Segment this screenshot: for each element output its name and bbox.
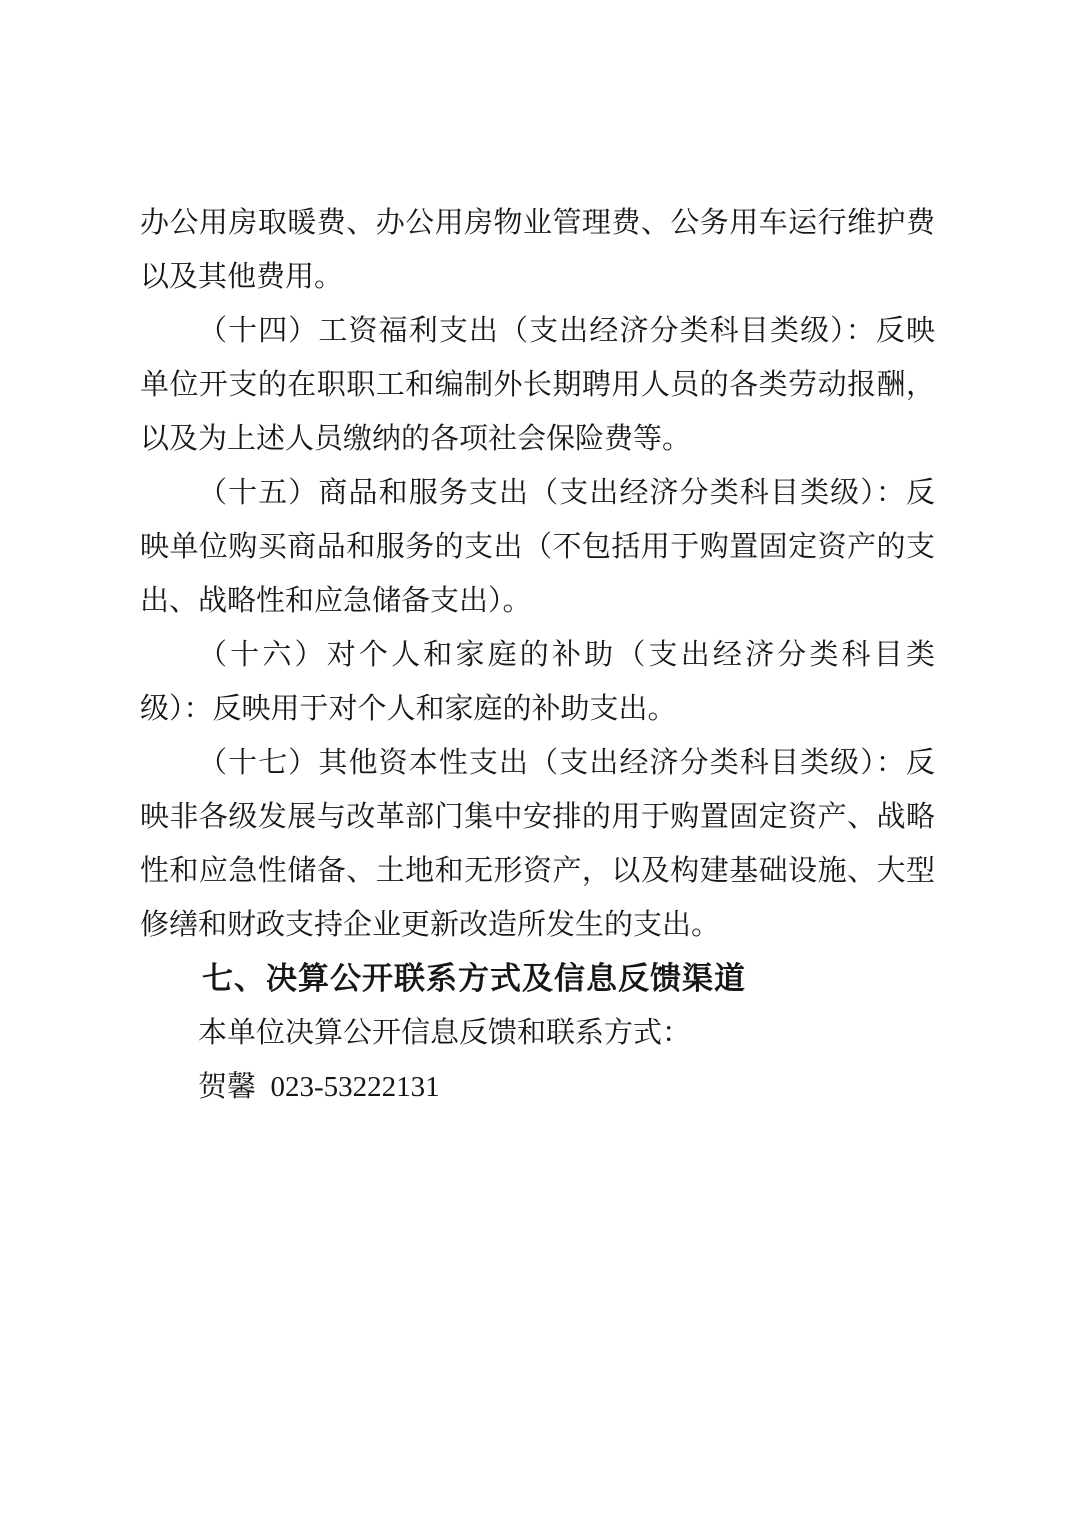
para-contact-person-phone: 贺馨 023-53222131 — [140, 1060, 935, 1114]
document-body: 办公用房取暖费、办公用房物业管理费、公务用车运行维护费以及其他费用。（十四）工资… — [140, 196, 935, 1114]
para-office-expenses-continuation: 办公用房取暖费、办公用房物业管理费、公务用车运行维护费以及其他费用。 — [140, 196, 935, 304]
text-line: 单位开支的在职职工和编制外长期聘用人员的各类劳动报酬， — [140, 358, 935, 412]
para-item-16-individual-family-subsidy: （十六）对个人和家庭的补助（支出经济分类科目类级）：反映用于对个人和家庭的补助支… — [140, 628, 935, 736]
text-line: 以及为上述人员缴纳的各项社会保险费等。 — [140, 412, 935, 466]
para-item-14-wage-welfare-expense: （十四）工资福利支出（支出经济分类科目类级）：反映单位开支的在职职工和编制外长期… — [140, 304, 935, 466]
para-item-15-goods-services-expense: （十五）商品和服务支出（支出经济分类科目类级）：反映单位购买商品和服务的支出（不… — [140, 466, 935, 628]
text-line: （十四）工资福利支出（支出经济分类科目类级）：反映 — [140, 304, 935, 358]
text-line: 映非各级发展与改革部门集中安排的用于购置固定资产、战略 — [140, 790, 935, 844]
para-feedback-contact-intro: 本单位决算公开信息反馈和联系方式： — [140, 1006, 935, 1060]
text-line: 级）：反映用于对个人和家庭的补助支出。 — [140, 682, 935, 736]
text-line: 修缮和财政支持企业更新改造所发生的支出。 — [140, 898, 935, 952]
text-line: 以及其他费用。 — [140, 250, 935, 304]
text-line: （十六）对个人和家庭的补助（支出经济分类科目类 — [140, 628, 935, 682]
text-line: 贺馨 023-53222131 — [140, 1060, 935, 1114]
text-line: 办公用房取暖费、办公用房物业管理费、公务用车运行维护费 — [140, 196, 935, 250]
text-line: 本单位决算公开信息反馈和联系方式： — [140, 1006, 935, 1060]
text-line: （十七）其他资本性支出（支出经济分类科目类级）：反 — [140, 736, 935, 790]
text-line: 七、决算公开联系方式及信息反馈渠道 — [140, 952, 935, 1006]
text-line: 映单位购买商品和服务的支出（不包括用于购置固定资产的支 — [140, 520, 935, 574]
para-item-17-other-capital-expense: （十七）其他资本性支出（支出经济分类科目类级）：反映非各级发展与改革部门集中安排… — [140, 736, 935, 952]
text-line: 性和应急性储备、土地和无形资产，以及构建基础设施、大型 — [140, 844, 935, 898]
text-line: （十五）商品和服务支出（支出经济分类科目类级）：反 — [140, 466, 935, 520]
text-line: 出、战略性和应急储备支出）。 — [140, 574, 935, 628]
heading-section-7-contact-feedback: 七、决算公开联系方式及信息反馈渠道 — [140, 952, 935, 1006]
document-page: 办公用房取暖费、办公用房物业管理费、公务用车运行维护费以及其他费用。（十四）工资… — [0, 0, 1075, 1520]
